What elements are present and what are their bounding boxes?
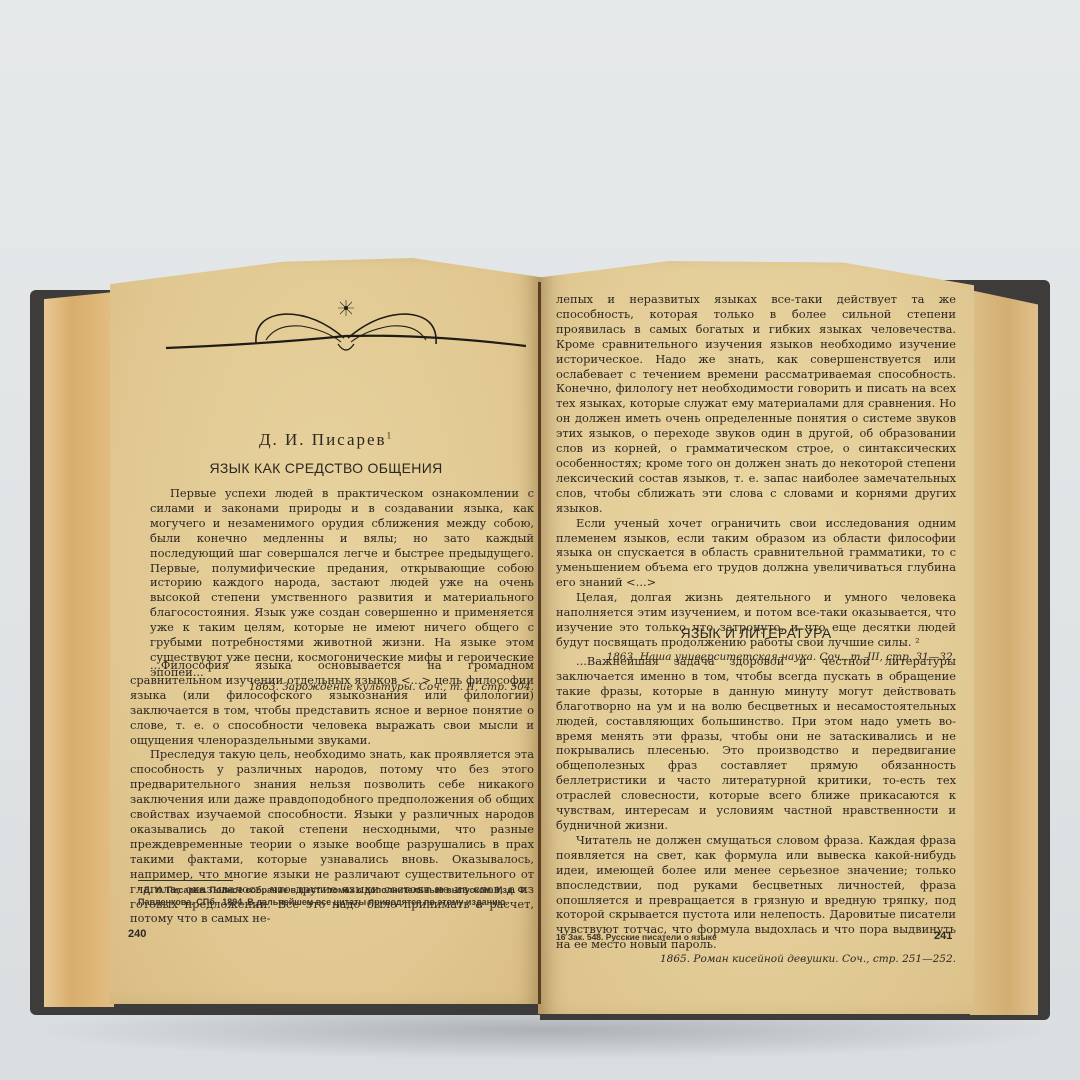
page-number-right: 241 [934, 930, 952, 942]
paragraph: ...Важнейшая задача здоровой и честной л… [556, 654, 956, 833]
paragraph: лепых и неразвитых языках все-таки дейст… [556, 292, 956, 516]
footnote-rule [138, 880, 233, 881]
paragraph: ...Философия языка основывается на грома… [130, 658, 534, 747]
left-page: Д. И. Писарев1 ЯЗЫК КАК СРЕДСТВО ОБЩЕНИЯ… [110, 258, 542, 1004]
footnote: ¹ Д. И. Писарев. Полное собрание в шести… [138, 884, 534, 908]
citation: 1865. Роман кисейной девушки. Соч., стр.… [556, 952, 956, 967]
section-title-language-and-literature: ЯЗЫК И ЛИТЕРАТУРА [538, 625, 974, 641]
right-body-text-2: ...Важнейшая задача здоровой и честной л… [556, 654, 956, 967]
flourish-ornament-icon [166, 294, 526, 354]
section-title-language-as-communication: ЯЗЫК КАК СРЕДСТВО ОБЩЕНИЯ [110, 460, 542, 476]
author-name: Д. И. Писарев1 [110, 430, 542, 450]
page-block-edge-left [44, 292, 114, 1007]
page-block-edge-right [970, 290, 1038, 1015]
paragraph: Если ученый хочет ограничить свои исслед… [556, 516, 956, 591]
right-body-text-1: лепых и неразвитых языках все-таки дейст… [556, 292, 956, 665]
right-page: лепых и неразвитых языках все-таки дейст… [538, 258, 974, 1014]
paragraph: Первые успехи людей в практическом ознак… [150, 486, 534, 680]
book-gutter [538, 282, 541, 1004]
page-number-left: 240 [128, 928, 146, 940]
printer-signature: 16 Зак. 548. Русские писатели о языке [556, 932, 717, 942]
